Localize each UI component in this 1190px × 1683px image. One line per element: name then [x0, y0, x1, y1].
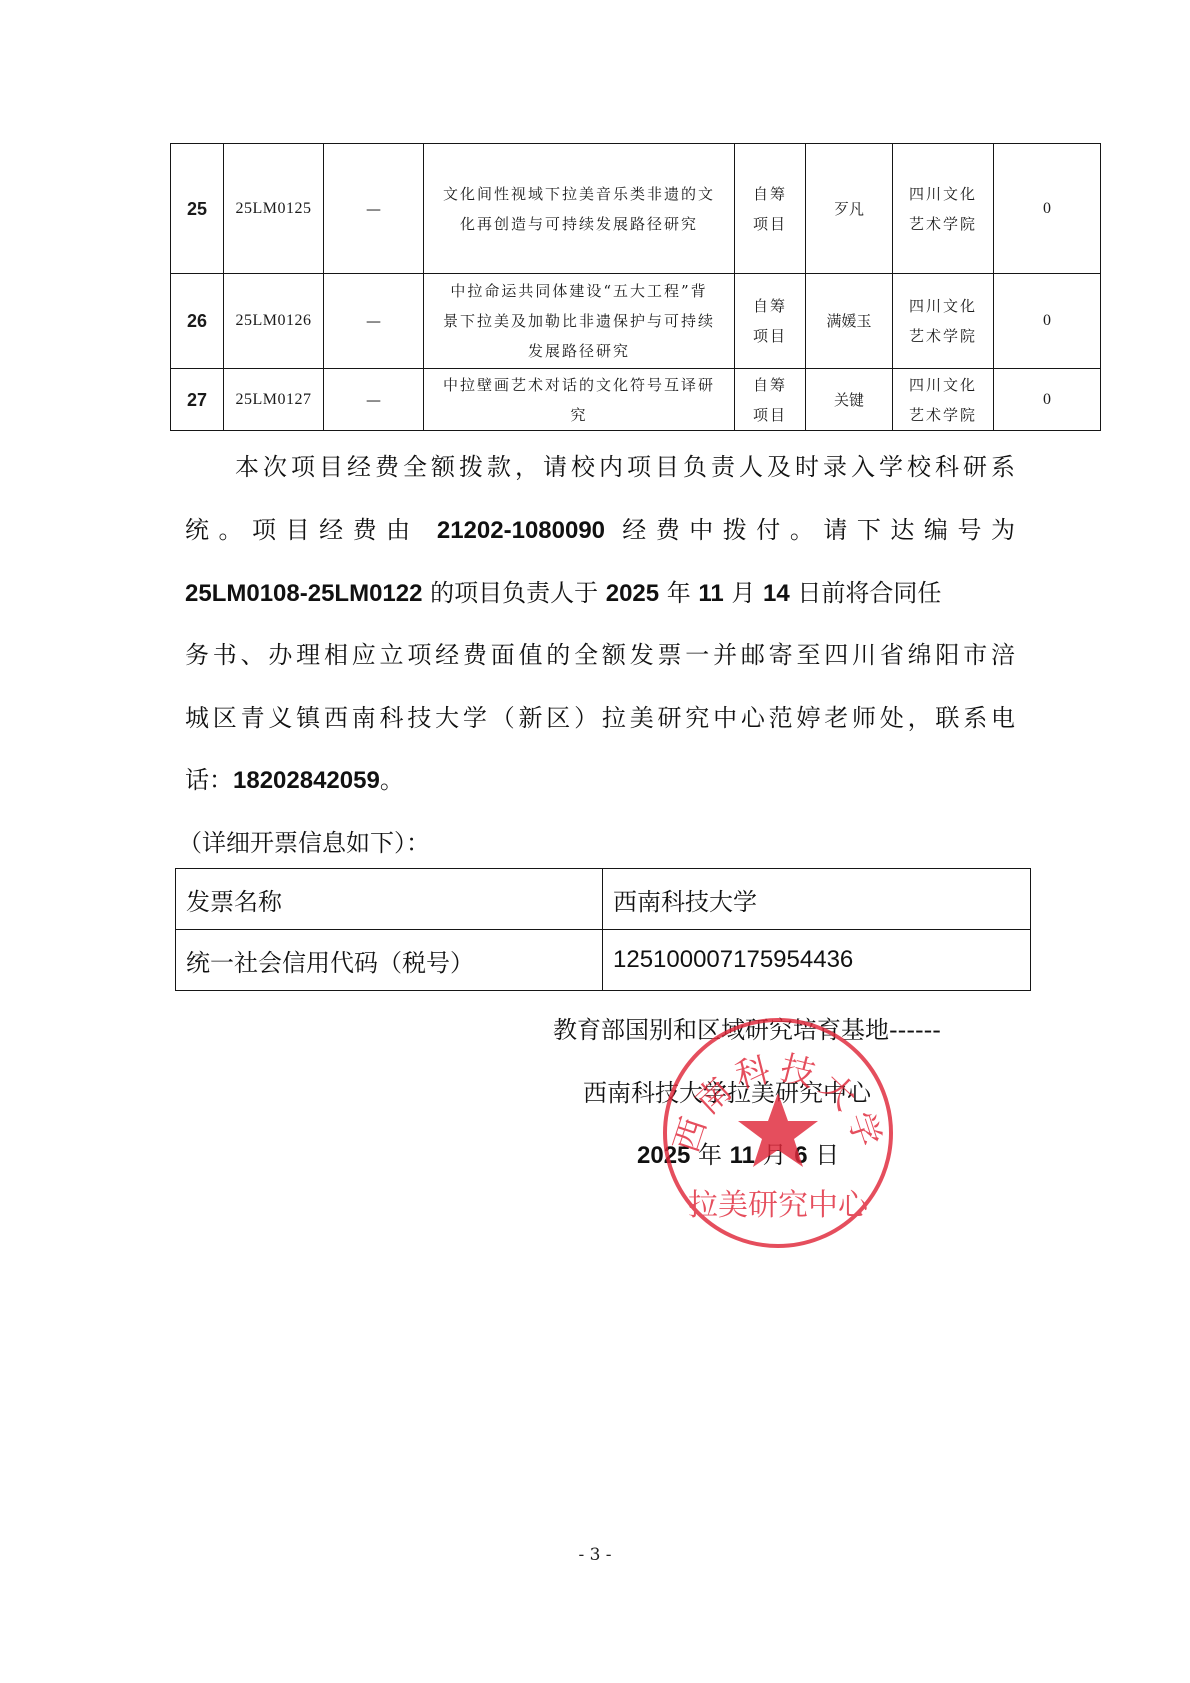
- deadline-day: 14: [763, 580, 790, 607]
- notice-text: 务书、办理相应立项经费面值的全额发票一并邮寄至四川省绵阳市涪: [185, 635, 1015, 675]
- funding-amount: 0: [994, 274, 1101, 369]
- title-line: 发展路径研究: [434, 336, 724, 366]
- page-number: - 3 -: [0, 1545, 1190, 1565]
- invoice-value: 西南科技大学: [603, 869, 1031, 930]
- official-seal-icon: 西南科技大学 拉美研究中心: [660, 1015, 896, 1251]
- project-title: 中拉命运共同体建设“五大工程”背 景下拉美及加勒比非遗保护与可持续 发展路径研究: [424, 274, 735, 369]
- institution-line: 四川文化: [899, 370, 987, 400]
- institution-line: 艺术学院: [899, 400, 987, 430]
- title-line: 文化间性视域下拉美音乐类非遗的文: [434, 179, 724, 209]
- deadline-month: 11: [698, 580, 723, 607]
- notice-line: 话：18202842059。: [185, 760, 1015, 800]
- project-type: 自筹 项目: [735, 274, 806, 369]
- type-line: 自筹: [741, 179, 799, 209]
- notice-text: 的项目负责人于: [422, 579, 605, 607]
- project-leader: 关键: [806, 369, 893, 431]
- project-leader: 满媛玉: [806, 274, 893, 369]
- funding-amount: 0: [994, 144, 1101, 274]
- institution: 四川文化 艺术学院: [893, 274, 994, 369]
- star-icon: [738, 1093, 818, 1167]
- title-line: 中拉命运共同体建设“五大工程”背: [434, 276, 724, 306]
- seal-bottom-text: 拉美研究中心: [688, 1188, 869, 1223]
- table-row: 27 25LM0127 — 中拉壁画艺术对话的文化符号互译研 究 自筹 项目 关…: [171, 369, 1101, 431]
- title-line: 景下拉美及加勒比非遗保护与可持续: [434, 306, 724, 336]
- sub-number: —: [324, 144, 424, 274]
- notice-text: 经费中拨付。请下达编号为: [605, 516, 1015, 544]
- project-code: 25LM0126: [224, 274, 324, 369]
- type-line: 项目: [741, 209, 799, 239]
- project-leader: 歹凡: [806, 144, 893, 274]
- type-line: 自筹: [741, 370, 799, 400]
- notice-text: 城区青义镇西南科技大学（新区）拉美研究中心范婷老师处，联系电: [185, 698, 1015, 738]
- notice-line: 25LM0108-25LM0122 的项目负责人于 2025 年 11 月 14…: [185, 573, 1015, 613]
- tax-id-value: 125100007175954436: [603, 930, 1031, 991]
- row-index: 25: [171, 144, 224, 274]
- table-row: 26 25LM0126 — 中拉命运共同体建设“五大工程”背 景下拉美及加勒比非…: [171, 274, 1101, 369]
- notice-text: 月: [724, 579, 763, 607]
- notice-text: 。: [380, 766, 404, 794]
- row-index: 26: [171, 274, 224, 369]
- sub-number: —: [324, 369, 424, 431]
- institution: 四川文化 艺术学院: [893, 369, 994, 431]
- table-row: 统一社会信用代码（税号） 125100007175954436: [176, 930, 1031, 991]
- deadline-year: 2025: [606, 580, 659, 607]
- project-type: 自筹 项目: [735, 369, 806, 431]
- institution-line: 艺术学院: [899, 209, 987, 239]
- table-row: 25 25LM0125 — 文化间性视域下拉美音乐类非遗的文 化再创造与可持续发…: [171, 144, 1101, 274]
- type-line: 项目: [741, 400, 799, 430]
- sub-number: —: [324, 274, 424, 369]
- project-code: 25LM0127: [224, 369, 324, 431]
- table-row: 发票名称 西南科技大学: [176, 869, 1031, 930]
- project-type: 自筹 项目: [735, 144, 806, 274]
- notice-line: 统。项目经费由 21202-1080090 经费中拨付。请下达编号为: [185, 510, 1015, 550]
- row-index: 27: [171, 369, 224, 431]
- title-line: 中拉壁画艺术对话的文化符号互译研: [434, 370, 724, 400]
- title-line: 究: [434, 400, 724, 430]
- invoice-label: 统一社会信用代码（税号）: [176, 930, 603, 991]
- type-line: 自筹: [741, 291, 799, 321]
- institution-line: 四川文化: [899, 179, 987, 209]
- notice-line: 本次项目经费全额拨款，请校内项目负责人及时录入学校科研系: [235, 447, 1015, 487]
- invoice-label: 发票名称: [176, 869, 603, 930]
- notice-text: 年: [659, 579, 698, 607]
- fund-account-number: 21202-1080090: [437, 517, 605, 544]
- institution-line: 四川文化: [899, 291, 987, 321]
- notice-text: 话：: [185, 766, 233, 794]
- institution: 四川文化 艺术学院: [893, 144, 994, 274]
- type-line: 项目: [741, 321, 799, 351]
- project-title: 中拉壁画艺术对话的文化符号互译研 究: [424, 369, 735, 431]
- title-line: 化再创造与可持续发展路径研究: [434, 209, 724, 239]
- notice-line: 务书、办理相应立项经费面值的全额发票一并邮寄至四川省绵阳市涪: [185, 635, 1015, 675]
- institution-line: 艺术学院: [899, 321, 987, 351]
- project-code: 25LM0125: [224, 144, 324, 274]
- project-title: 文化间性视域下拉美音乐类非遗的文 化再创造与可持续发展路径研究: [424, 144, 735, 274]
- funding-amount: 0: [994, 369, 1101, 431]
- project-code-range: 25LM0108-25LM0122: [185, 580, 422, 607]
- notice-text: 日前将合同任: [790, 579, 942, 607]
- invoice-table: 发票名称 西南科技大学 统一社会信用代码（税号） 125100007175954…: [175, 868, 1031, 991]
- notice-line: 城区青义镇西南科技大学（新区）拉美研究中心范婷老师处，联系电: [185, 698, 1015, 738]
- notice-text: 统。项目经费由: [185, 516, 437, 544]
- project-table: 25 25LM0125 — 文化间性视域下拉美音乐类非遗的文 化再创造与可持续发…: [170, 143, 1101, 431]
- invoice-intro: （详细开票信息如下）：: [178, 823, 1008, 863]
- contact-phone: 18202842059: [233, 767, 380, 794]
- notice-text: 本次项目经费全额拨款，请校内项目负责人及时录入学校科研系: [235, 447, 1015, 487]
